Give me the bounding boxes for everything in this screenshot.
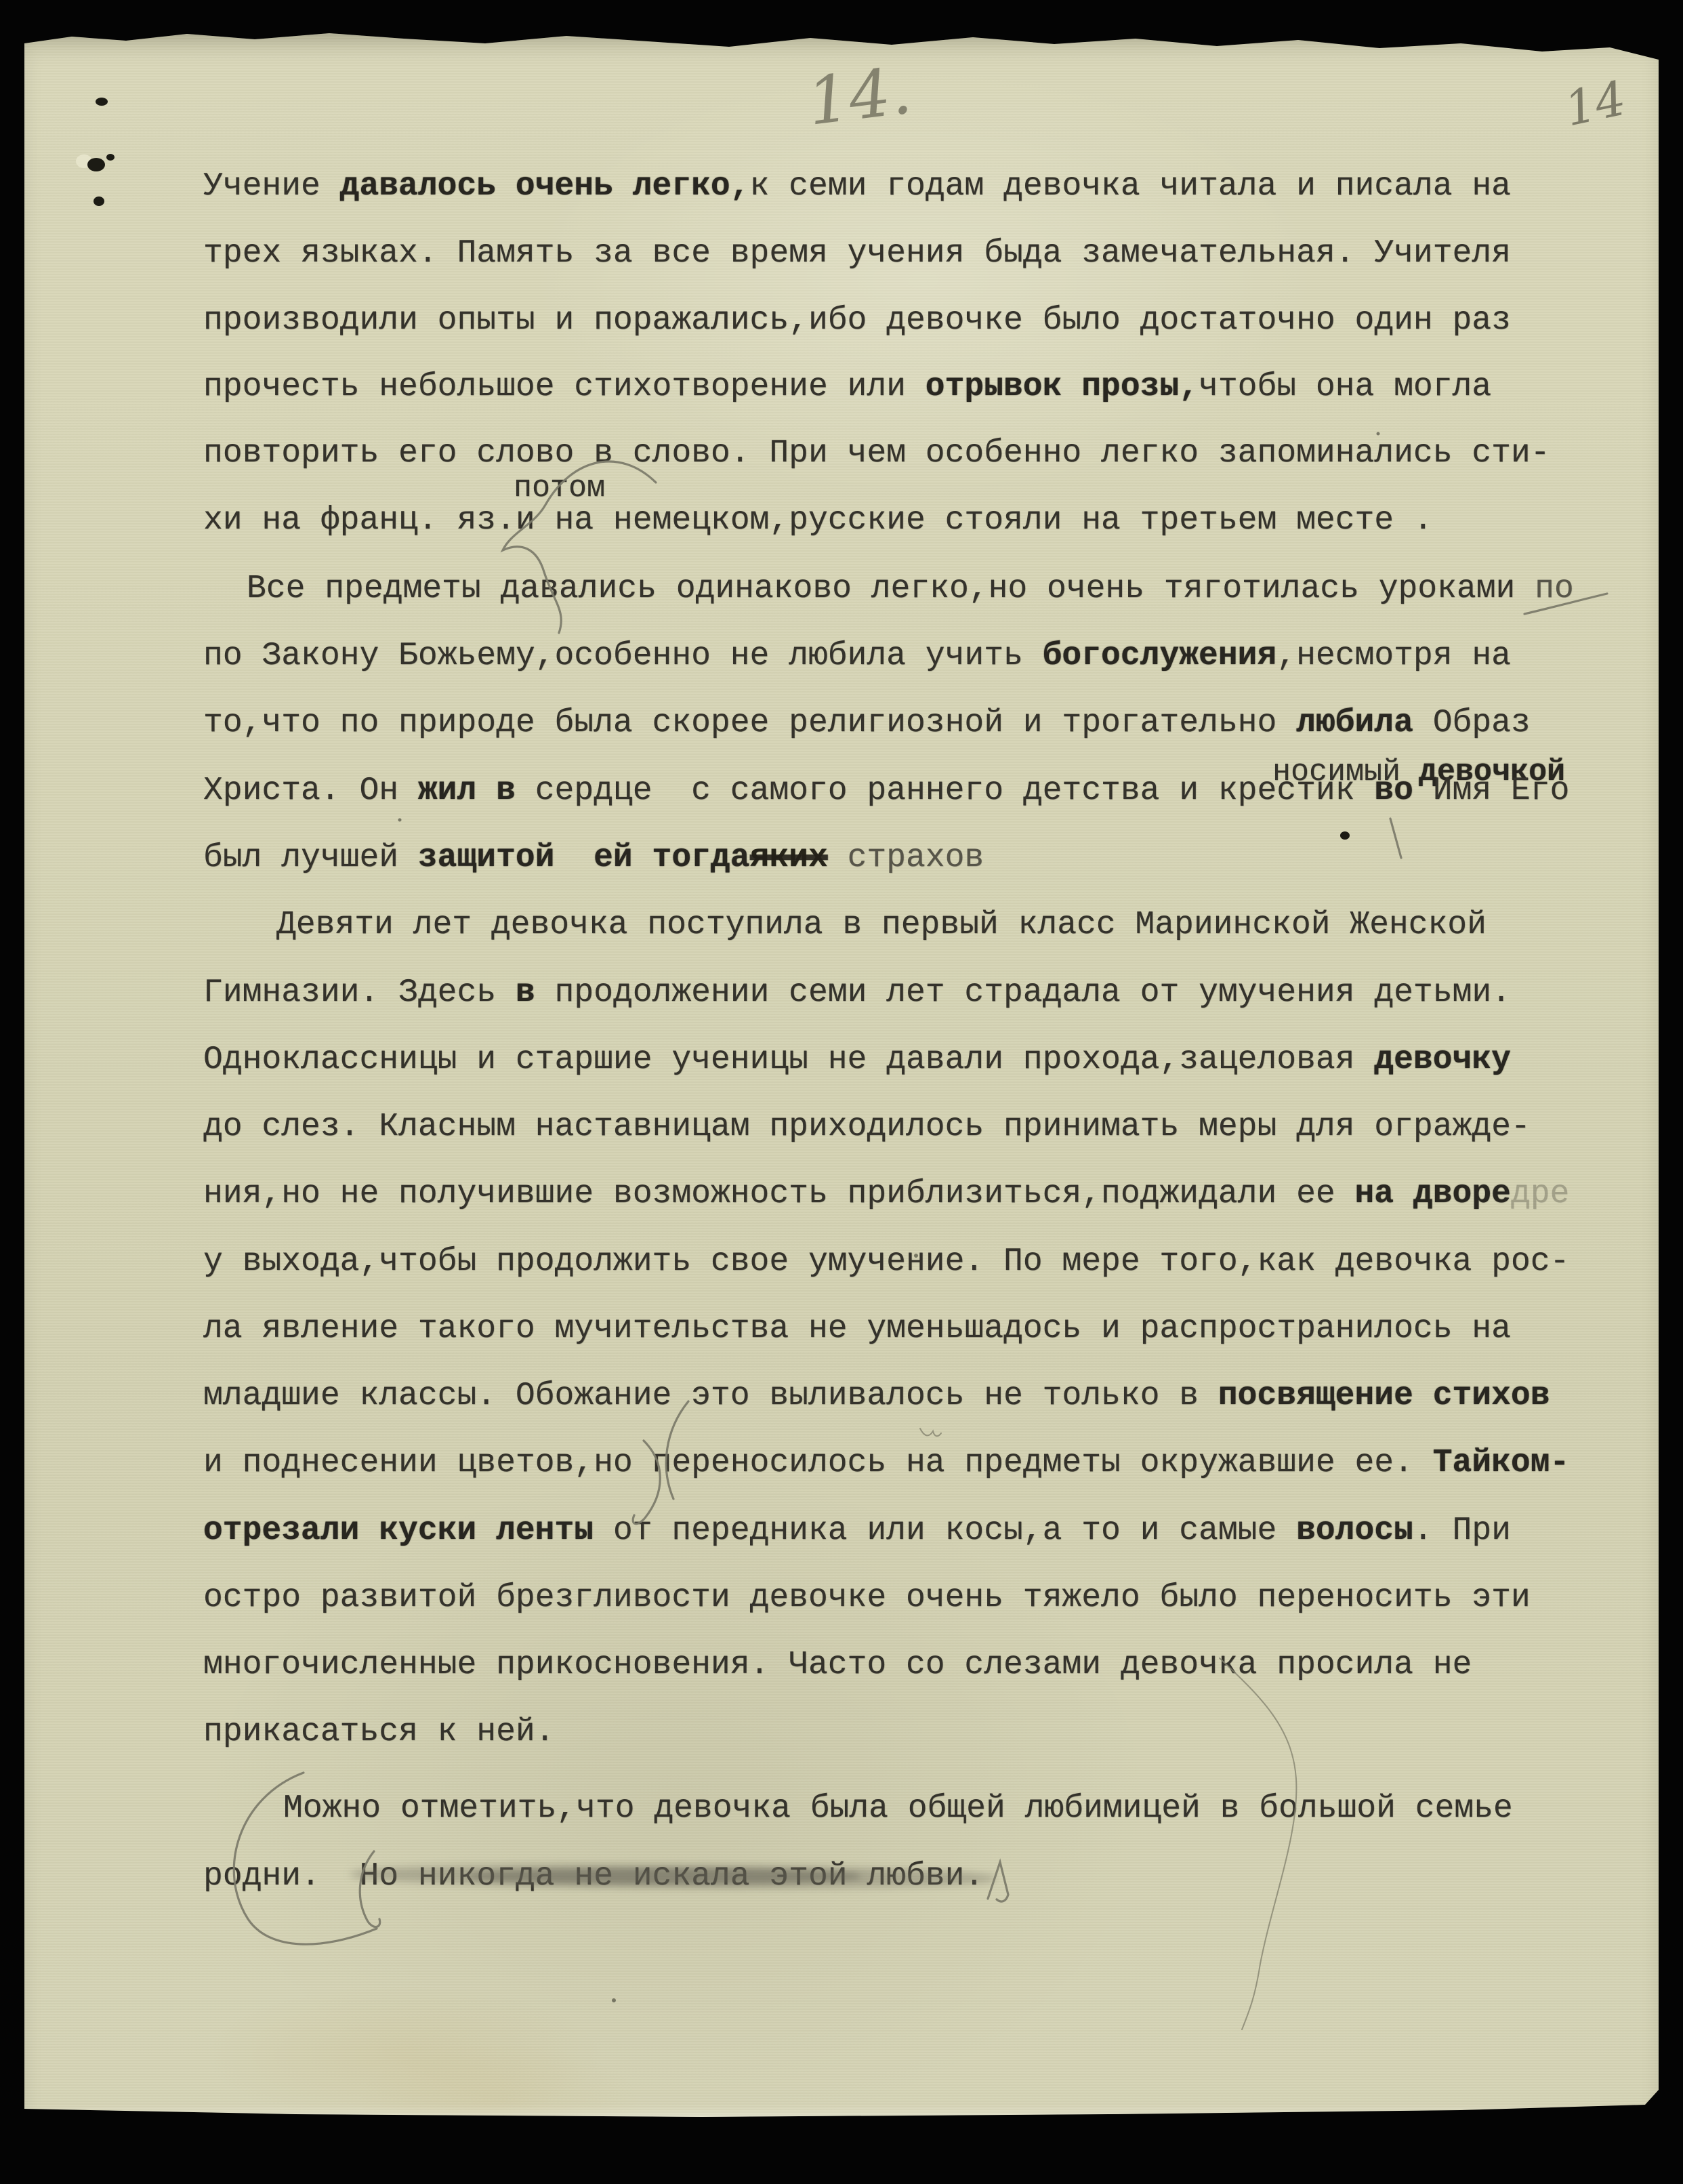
- typed-line: то,что по природе была скорее религиозно…: [203, 705, 1531, 741]
- typed-line: Гимназии. Здесь в продолжении семи лет с…: [203, 974, 1511, 1011]
- typed-line: ла явление такого мучительства не уменьш…: [203, 1311, 1511, 1347]
- typed-line: прикасаться к ней.: [203, 1714, 554, 1750]
- typed-line: Девяти лет девочка поступила в первый кл…: [276, 907, 1487, 943]
- typed-line: остро развитой брезгливости девочке очен…: [203, 1580, 1531, 1616]
- typed-line: у выхода,чтобы продолжить свое умучение.…: [203, 1243, 1569, 1280]
- typed-line: повторить его слово в слово. При чем осо…: [203, 435, 1550, 472]
- typed-line: младшие классы. Обожание это выливалось …: [203, 1378, 1550, 1414]
- typed-line: ния,но не получившие возможность приблиз…: [203, 1176, 1569, 1212]
- typed-line: и поднесении цветов,но переносилось на п…: [203, 1445, 1569, 1481]
- typed-line: родни. Но никогда не искала этой любви.: [203, 1858, 984, 1895]
- typed-line: производили опыты и поражались,ибо девоч…: [203, 302, 1511, 339]
- typed-line: по Закону Божьему,особенно не любила учи…: [203, 638, 1511, 674]
- typed-line: хи на франц. яз.и на немецком,русские ст…: [203, 502, 1433, 539]
- typed-line: Учение давалось очень легко,к семи годам…: [203, 168, 1511, 205]
- typed-line: многочисленные прикосновения. Часто со с…: [203, 1647, 1472, 1683]
- typed-line: Все предметы давались одинаково легко,но…: [247, 571, 1574, 607]
- typed-line: Христа. Он жил в сердце с самого раннего…: [203, 772, 1569, 809]
- typed-line: Можно отметить,что девочка была общей лю…: [283, 1790, 1513, 1827]
- typed-line: трех языках. Память за все время учения …: [203, 235, 1511, 272]
- handwritten-page-number-center: 14.: [804, 52, 915, 140]
- typed-line: прочесть небольшое стихотворение или отр…: [203, 369, 1491, 405]
- typed-line: был лучшей защитой ей тогдаяких страхов: [203, 840, 984, 876]
- typed-line: Одноклассницы и старшие ученицы не давал…: [203, 1042, 1511, 1078]
- typed-line: отрезали куски ленты от передника или ко…: [203, 1512, 1511, 1549]
- typed-line: до слез. Класным наставницам приходилось…: [203, 1109, 1531, 1145]
- typed-insertion-potom: потом: [514, 470, 605, 507]
- archival-scan-page: { "page": { "handwritten_number_center":…: [0, 0, 1683, 2184]
